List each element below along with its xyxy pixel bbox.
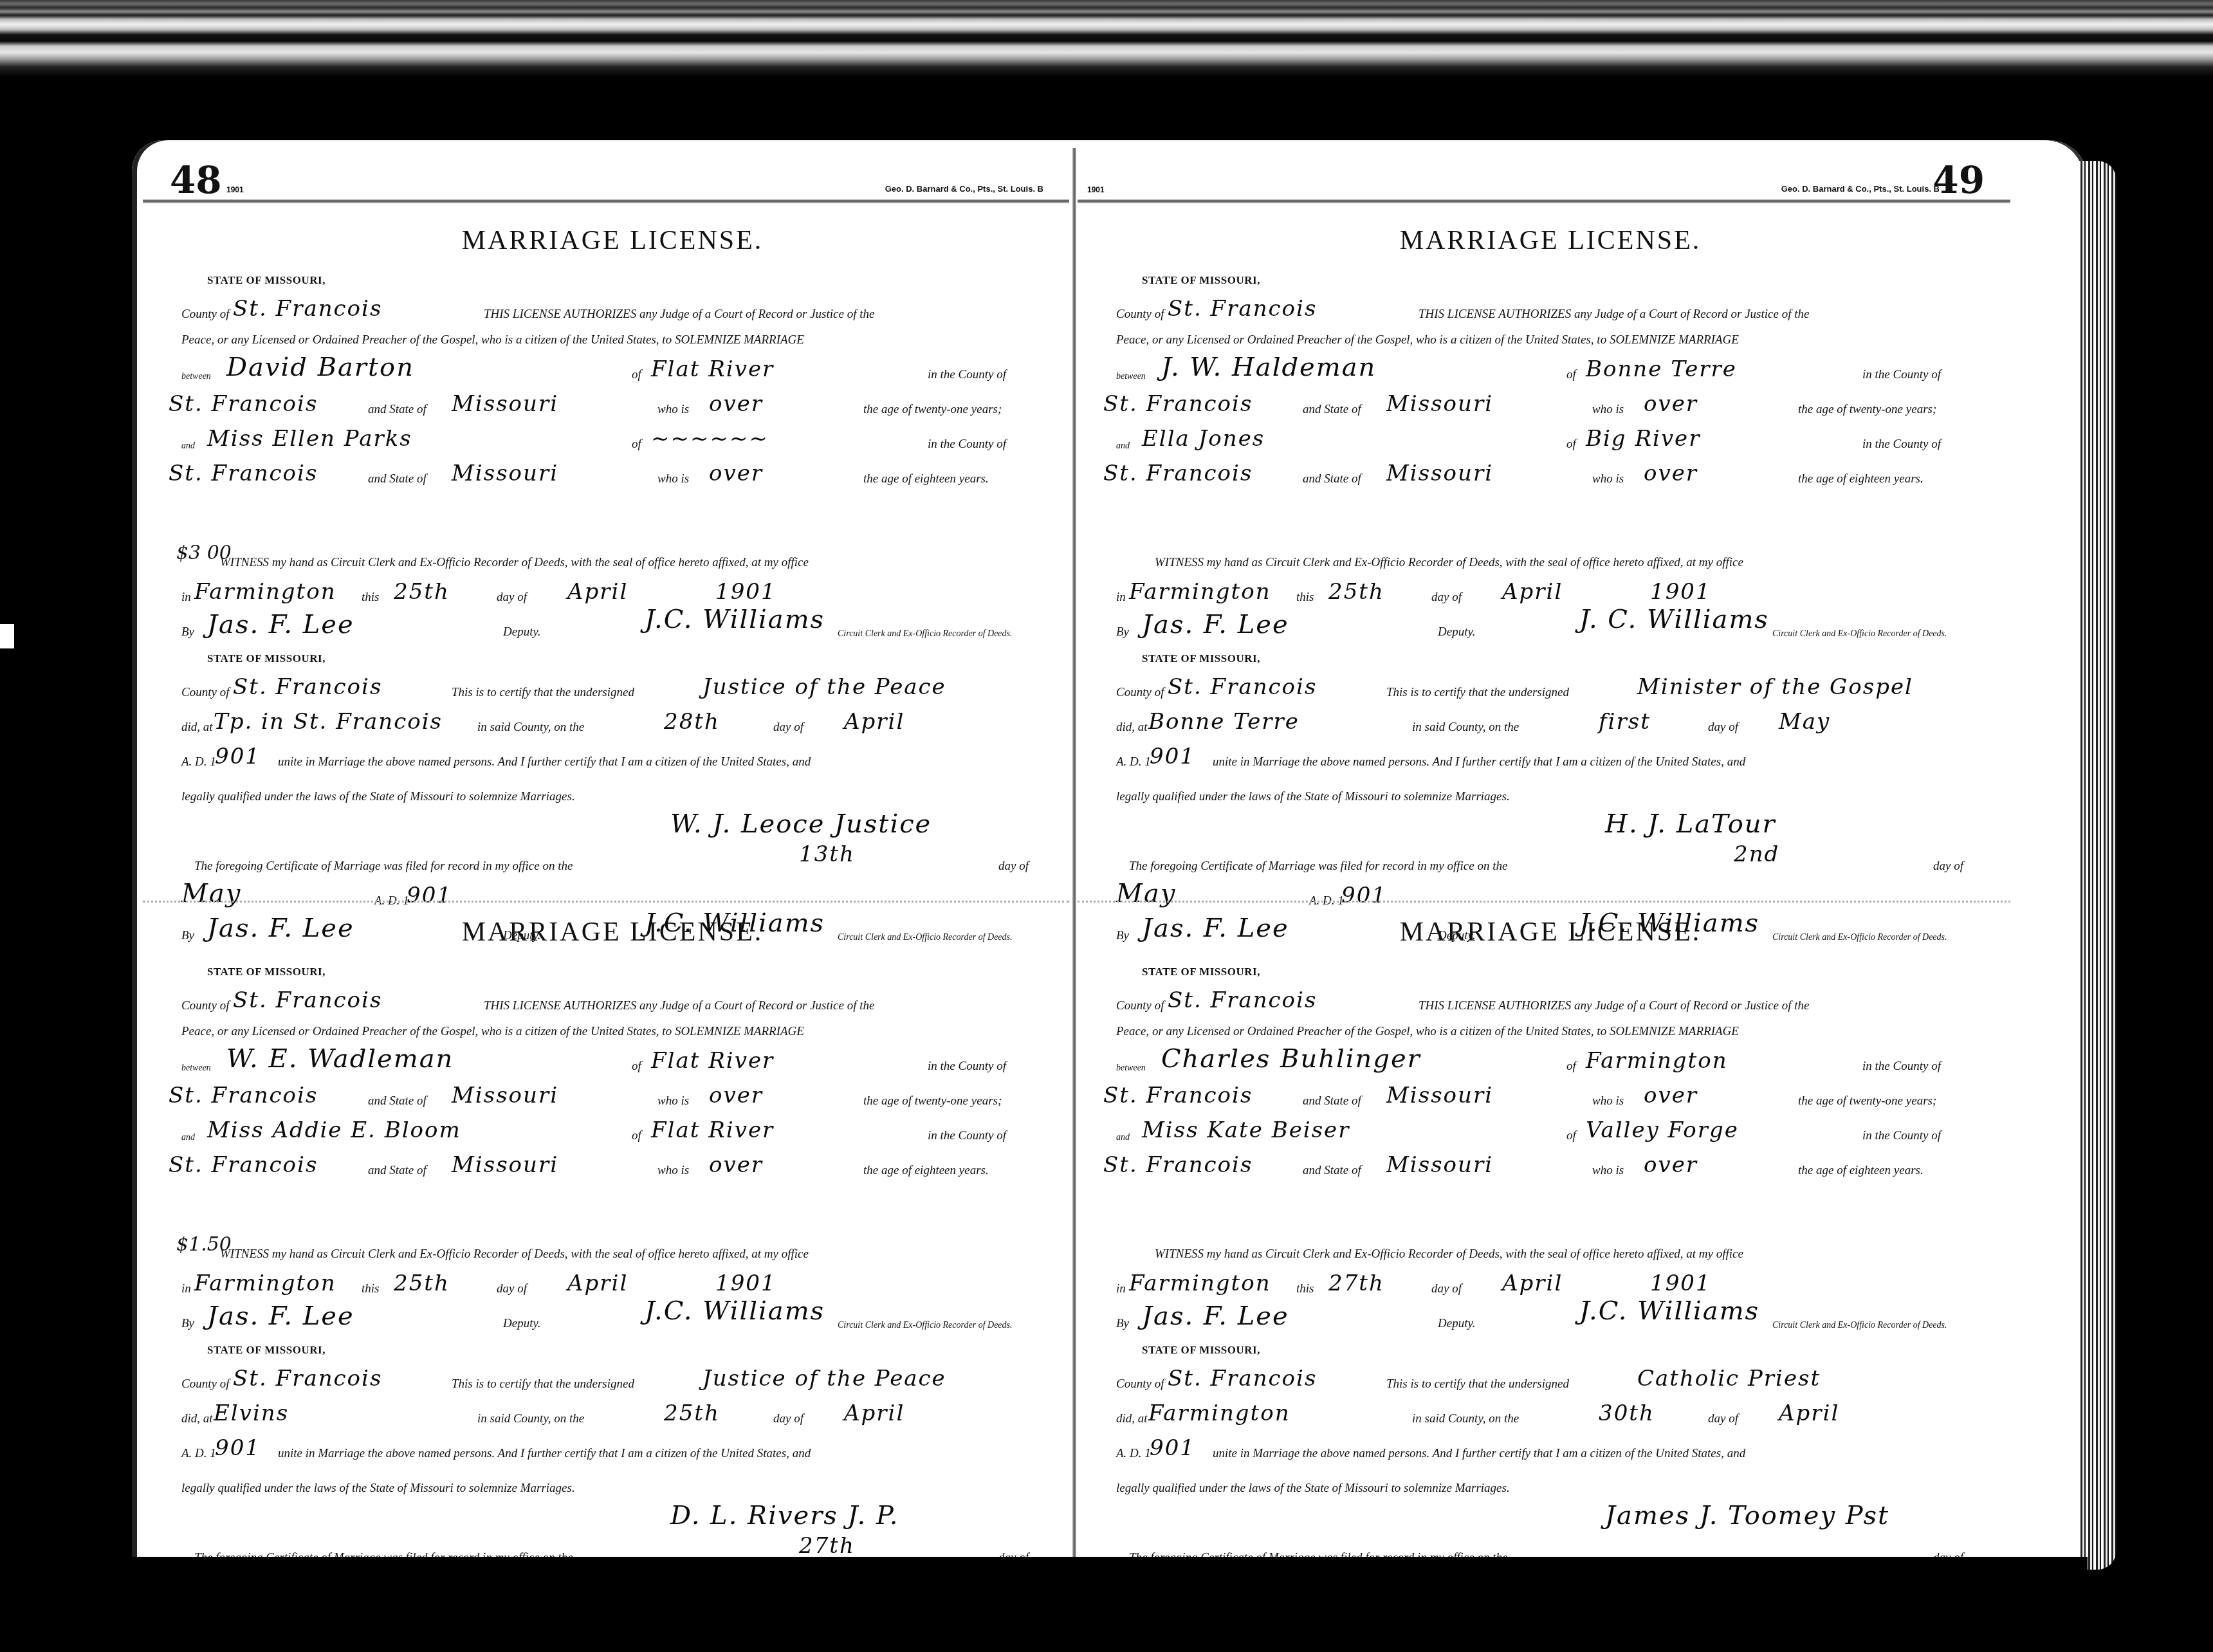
- groom-state: Missouri: [452, 1083, 558, 1108]
- groom-state: Missouri: [452, 391, 558, 417]
- license-title: MARRIAGE LICENSE.: [181, 225, 1043, 256]
- between-label: between: [1116, 372, 1146, 382]
- header-rule: [143, 199, 1069, 203]
- year-mark: 1901: [226, 185, 244, 194]
- groom-residence: Flat River: [651, 1048, 774, 1074]
- cert-county: St. Francois: [233, 1366, 382, 1391]
- unite-text: unite in Marriage the above named person…: [278, 1447, 811, 1461]
- state-label: STATE OF MISSOURI,: [207, 966, 326, 978]
- clerk-signature: J.C. Williams: [645, 1296, 825, 1326]
- county-of-label: in the County of: [928, 1060, 1006, 1074]
- of-label: of: [1566, 1060, 1576, 1074]
- this-label: this: [1296, 1282, 1314, 1296]
- cert-county: St. Francois: [1168, 674, 1317, 700]
- day-of-label: day of: [1708, 720, 1738, 735]
- said-county-label: in said County, on the: [477, 1412, 584, 1426]
- state-label: STATE OF MISSOURI,: [1142, 274, 1260, 287]
- county-label: County of: [1116, 686, 1164, 700]
- who-is-label: who is: [657, 472, 689, 486]
- county-label: County of: [181, 686, 229, 700]
- book-gutter: [1072, 148, 1076, 1576]
- legally-text: legally qualified under the laws of the …: [181, 790, 575, 804]
- certify-text: This is to certify that the undersigned: [452, 1377, 634, 1391]
- clerk-signature: J. C. Williams: [1579, 605, 1769, 634]
- authorizes-text: THIS LICENSE AUTHORIZES any Judge of a C…: [484, 307, 874, 322]
- foregoing-text: The foregoing Certificate of Marriage wa…: [1129, 859, 1507, 874]
- and-label: and: [181, 441, 195, 452]
- by-label: By: [181, 1317, 194, 1331]
- unite-text: unite in Marriage the above named person…: [278, 755, 811, 769]
- state-of-label: and State of: [368, 403, 427, 417]
- deputy-signature: Jas. F. Lee: [1142, 610, 1289, 639]
- of-label: of: [632, 437, 641, 452]
- clerk-signature: J.C. Williams: [1579, 1296, 1759, 1326]
- groom-age: over: [709, 1083, 763, 1108]
- married-day: 25th: [664, 1400, 720, 1426]
- license-title: MARRIAGE LICENSE.: [1116, 225, 1985, 256]
- bride-age: over: [709, 461, 763, 486]
- married-year: 901: [1150, 744, 1195, 769]
- day-of-label: day of: [1431, 591, 1462, 605]
- issued-month: April: [567, 579, 628, 605]
- deputy-signature: Jas. F. Lee: [1142, 1301, 1289, 1331]
- issued-year: 1901: [715, 1271, 776, 1296]
- state-label: STATE OF MISSOURI,: [207, 274, 326, 287]
- scanner-edge-mark: [0, 624, 14, 648]
- deputy-signature: Jas. F. Lee: [207, 610, 354, 639]
- by-label: By: [1116, 1317, 1129, 1331]
- certify-text: This is to certify that the undersigned: [452, 686, 634, 700]
- and-label: and: [1116, 1133, 1130, 1143]
- peace-text: Peace, or any Licensed or Ordained Preac…: [181, 333, 804, 347]
- age-21-label: the age of twenty-one years;: [1798, 403, 1936, 417]
- state-label: STATE OF MISSOURI,: [1142, 652, 1260, 665]
- authorizes-text: THIS LICENSE AUTHORIZES any Judge of a C…: [484, 999, 874, 1013]
- license-record: MARRIAGE LICENSE. STATE OF MISSOURI, Cou…: [143, 901, 1069, 1576]
- bride-age: over: [709, 1152, 763, 1178]
- bride-county: St. Francois: [169, 1152, 318, 1178]
- issued-day: 27th: [1328, 1271, 1384, 1296]
- clerk-signature: J.C. Williams: [645, 605, 825, 634]
- married-year: 901: [215, 1435, 261, 1461]
- bride-residence: Valley Forge: [1586, 1117, 1739, 1143]
- day-of-label: day of: [1933, 859, 1963, 874]
- in-label: in: [181, 591, 191, 605]
- groom-age: over: [709, 391, 763, 417]
- bride-age: over: [1644, 1152, 1698, 1178]
- bride-name: Miss Ellen Parks: [207, 426, 412, 452]
- county-of-label: in the County of: [1862, 368, 1941, 382]
- clerk-title: Circuit Clerk and Ex-Officio Recorder of…: [1772, 629, 1947, 639]
- married-day: 30th: [1599, 1400, 1655, 1426]
- clerk-title: Circuit Clerk and Ex-Officio Recorder of…: [838, 629, 1013, 639]
- age-21-label: the age of twenty-one years;: [1798, 1094, 1936, 1108]
- county-of-label: in the County of: [1862, 1129, 1941, 1143]
- did-at-label: did, at: [181, 720, 213, 735]
- day-of-label: day of: [497, 1282, 527, 1296]
- page-edges: [2078, 161, 2117, 1570]
- officiant-title: Justice of the Peace: [702, 674, 946, 700]
- married-at: Elvins: [214, 1400, 289, 1426]
- county-label: County of: [1116, 1377, 1164, 1391]
- married-day: first: [1599, 709, 1651, 735]
- said-county-label: in said County, on the: [477, 720, 584, 735]
- issued-month: April: [1502, 579, 1563, 605]
- officiant-signature: James J. Toomey Pst: [1605, 1501, 1889, 1530]
- groom-residence: Flat River: [651, 356, 774, 382]
- day-of-label: day of: [1708, 1412, 1738, 1426]
- groom-name: W. E. Wadleman: [226, 1044, 454, 1074]
- deputy-label: Deputy.: [503, 625, 541, 639]
- bride-age: over: [1644, 461, 1698, 486]
- peace-text: Peace, or any Licensed or Ordained Preac…: [181, 1025, 804, 1039]
- county-label: County of: [1116, 307, 1164, 322]
- peace-text: Peace, or any Licensed or Ordained Preac…: [1116, 333, 1739, 347]
- cert-county: St. Francois: [233, 674, 382, 700]
- and-label: and: [181, 1133, 195, 1143]
- state-of-label: and State of: [1303, 472, 1361, 486]
- issued-day: 25th: [1328, 579, 1384, 605]
- page-number: 48: [170, 158, 222, 202]
- groom-county: St. Francois: [1103, 391, 1253, 417]
- who-is-label: who is: [1592, 472, 1624, 486]
- ad-label: A. D. 1: [181, 1447, 216, 1461]
- by-label: By: [1116, 625, 1129, 639]
- witness-text: WITNESS my hand as Circuit Clerk and Ex-…: [220, 1247, 809, 1262]
- unite-text: unite in Marriage the above named person…: [1213, 1447, 1745, 1461]
- said-county-label: in said County, on the: [1412, 720, 1519, 735]
- day-of-label: day of: [998, 859, 1029, 874]
- this-label: this: [362, 591, 379, 605]
- county-label: County of: [1116, 999, 1164, 1013]
- state-label: STATE OF MISSOURI,: [207, 1344, 326, 1357]
- clerk-title: Circuit Clerk and Ex-Officio Recorder of…: [838, 1321, 1013, 1331]
- year-mark: 1901: [1087, 185, 1105, 194]
- license-record: MARRIAGE LICENSE. STATE OF MISSOURI, Cou…: [143, 225, 1069, 901]
- county-value: St. Francois: [1168, 296, 1317, 322]
- bride-county: St. Francois: [1103, 1152, 1253, 1178]
- officiant-signature: H. J. LaTour: [1605, 809, 1776, 839]
- witness-text: WITNESS my hand as Circuit Clerk and Ex-…: [1155, 556, 1743, 570]
- groom-name: J. W. Haldeman: [1161, 353, 1376, 382]
- issued-year: 1901: [1650, 579, 1711, 605]
- county-label: County of: [181, 307, 229, 322]
- county-label: County of: [181, 1377, 229, 1391]
- issued-month: April: [567, 1271, 628, 1296]
- filed-day: 27th: [799, 1533, 855, 1559]
- groom-state: Missouri: [1386, 1083, 1493, 1108]
- legally-text: legally qualified under the laws of the …: [1116, 790, 1510, 804]
- issued-in: Farmington: [1129, 1271, 1271, 1296]
- ad-label: A. D. 1: [181, 755, 216, 769]
- legally-text: legally qualified under the laws of the …: [1116, 1482, 1510, 1496]
- state-label: STATE OF MISSOURI,: [1142, 1344, 1260, 1357]
- county-value: St. Francois: [1168, 987, 1317, 1013]
- bride-state: Missouri: [452, 1152, 558, 1178]
- between-label: between: [1116, 1063, 1146, 1074]
- bride-state: Missouri: [452, 461, 558, 486]
- groom-age: over: [1644, 1083, 1698, 1108]
- deputy-label: Deputy.: [503, 1317, 541, 1331]
- issued-day: 25th: [394, 1271, 450, 1296]
- foregoing-text: The foregoing Certificate of Marriage wa…: [194, 859, 573, 874]
- age-18-label: the age of eighteen years.: [1798, 1164, 1924, 1178]
- groom-county: St. Francois: [169, 1083, 318, 1108]
- officiant-title: Minister of the Gospel: [1637, 674, 1913, 700]
- age-21-label: the age of twenty-one years;: [863, 1094, 1002, 1108]
- authorizes-text: THIS LICENSE AUTHORIZES any Judge of a C…: [1419, 307, 1809, 322]
- of-label: of: [1566, 368, 1576, 382]
- issued-in: Farmington: [194, 1271, 336, 1296]
- clerk-title: Circuit Clerk and Ex-Officio Recorder of…: [1772, 1321, 1947, 1331]
- and-label: and: [1116, 441, 1130, 452]
- groom-residence: Farmington: [1586, 1048, 1728, 1074]
- age-18-label: the age of eighteen years.: [863, 1164, 989, 1178]
- county-value: St. Francois: [233, 296, 382, 322]
- of-label: of: [632, 368, 641, 382]
- issued-month: April: [1502, 1271, 1563, 1296]
- officiant-signature: W. J. Leoce Justice: [670, 809, 932, 839]
- married-at: Tp. in St. Francois: [214, 709, 443, 735]
- county-of-label: in the County of: [928, 368, 1006, 382]
- bride-name: Miss Addie E. Bloom: [207, 1117, 461, 1143]
- officiant-signature: D. L. Rivers J. P.: [670, 1501, 899, 1530]
- right-page: 1901 Geo. D. Barnard & Co., Pts., St. Lo…: [1078, 140, 2010, 1556]
- scanner-streak-band: [0, 0, 2213, 77]
- bride-residence: Flat River: [651, 1117, 774, 1143]
- authorizes-text: THIS LICENSE AUTHORIZES any Judge of a C…: [1419, 999, 1809, 1013]
- county-of-label: in the County of: [1862, 437, 1941, 452]
- page-header: 1901 Geo. D. Barnard & Co., Pts., St. Lo…: [1078, 140, 2010, 211]
- of-label: of: [632, 1060, 641, 1074]
- groom-age: over: [1644, 391, 1698, 417]
- age-18-label: the age of eighteen years.: [863, 472, 989, 486]
- county-of-label: in the County of: [928, 1129, 1006, 1143]
- married-at: Farmington: [1148, 1400, 1290, 1426]
- groom-residence: Bonne Terre: [1586, 356, 1737, 382]
- state-of-label: and State of: [1303, 1094, 1361, 1108]
- state-of-label: and State of: [1303, 403, 1361, 417]
- did-at-label: did, at: [181, 1412, 213, 1426]
- day-of-label: day of: [773, 720, 803, 735]
- filed-day: 2nd: [1734, 841, 1779, 867]
- said-county-label: in said County, on the: [1412, 1412, 1519, 1426]
- in-label: in: [1116, 1282, 1126, 1296]
- unite-text: unite in Marriage the above named person…: [1213, 755, 1745, 769]
- witness-text: WITNESS my hand as Circuit Clerk and Ex-…: [1155, 1247, 1743, 1262]
- officiant-title: Catholic Priest: [1637, 1366, 1821, 1391]
- issued-year: 1901: [1650, 1271, 1711, 1296]
- issued-day: 25th: [394, 579, 450, 605]
- issued-in: Farmington: [1129, 579, 1271, 605]
- of-label: of: [1566, 1129, 1576, 1143]
- married-at: Bonne Terre: [1148, 709, 1299, 735]
- publisher-imprint: Geo. D. Barnard & Co., Pts., St. Louis. …: [1781, 184, 1940, 194]
- in-label: in: [181, 1282, 191, 1296]
- license-record: MARRIAGE LICENSE. STATE OF MISSOURI, Cou…: [1078, 225, 2010, 901]
- ad-label: A. D. 1: [1116, 755, 1151, 769]
- county-of-label: in the County of: [928, 437, 1006, 452]
- book-bottom-shadow: [132, 1557, 2088, 1652]
- day-of-label: day of: [1431, 1282, 1462, 1296]
- bride-state: Missouri: [1386, 1152, 1493, 1178]
- groom-name: David Barton: [226, 353, 414, 382]
- state-of-label: and State of: [1303, 1164, 1361, 1178]
- state-label: STATE OF MISSOURI,: [1142, 966, 1260, 978]
- page-header: 48 1901 Geo. D. Barnard & Co., Pts., St.…: [143, 140, 1069, 211]
- bride-state: Missouri: [1386, 461, 1493, 486]
- peace-text: Peace, or any Licensed or Ordained Preac…: [1116, 1025, 1739, 1039]
- deputy-label: Deputy.: [1438, 625, 1476, 639]
- state-of-label: and State of: [368, 472, 427, 486]
- county-value: St. Francois: [233, 987, 382, 1013]
- who-is-label: who is: [657, 403, 689, 417]
- age-18-label: the age of eighteen years.: [1798, 472, 1924, 486]
- bride-county: St. Francois: [169, 461, 318, 486]
- deputy-label: Deputy.: [1438, 1317, 1476, 1331]
- license-record: MARRIAGE LICENSE. STATE OF MISSOURI, Cou…: [1078, 901, 2010, 1576]
- married-month: April: [844, 709, 904, 735]
- day-of-label: day of: [773, 1412, 803, 1426]
- state-label: STATE OF MISSOURI,: [207, 652, 326, 665]
- groom-county: St. Francois: [169, 391, 318, 417]
- groom-state: Missouri: [1386, 391, 1493, 417]
- married-month: April: [844, 1400, 904, 1426]
- issued-in: Farmington: [194, 579, 336, 605]
- this-label: this: [1296, 591, 1314, 605]
- groom-name: Charles Buhlinger: [1161, 1044, 1421, 1074]
- county-of-label: in the County of: [1862, 1060, 1941, 1074]
- who-is-label: who is: [1592, 1164, 1624, 1178]
- day-of-label: day of: [497, 591, 527, 605]
- issued-year: 1901: [715, 579, 776, 605]
- of-label: of: [632, 1129, 641, 1143]
- between-label: between: [181, 1063, 211, 1074]
- legally-text: legally qualified under the laws of the …: [181, 1482, 575, 1496]
- of-label: of: [1566, 437, 1576, 452]
- bride-residence: ~~~~~~: [651, 426, 769, 452]
- bride-county: St. Francois: [1103, 461, 1253, 486]
- left-page: 48 1901 Geo. D. Barnard & Co., Pts., St.…: [143, 140, 1069, 1556]
- state-of-label: and State of: [368, 1164, 427, 1178]
- header-rule: [1078, 199, 2010, 203]
- deputy-signature: Jas. F. Lee: [207, 1301, 354, 1331]
- in-label: in: [1116, 591, 1126, 605]
- who-is-label: who is: [657, 1094, 689, 1108]
- bride-residence: Big River: [1586, 426, 1701, 452]
- did-at-label: did, at: [1116, 720, 1148, 735]
- cert-county: St. Francois: [1168, 1366, 1317, 1391]
- age-21-label: the age of twenty-one years;: [863, 403, 1002, 417]
- publisher-imprint: Geo. D. Barnard & Co., Pts., St. Louis. …: [885, 184, 1043, 194]
- license-title: MARRIAGE LICENSE.: [181, 917, 1043, 948]
- license-title: MARRIAGE LICENSE.: [1116, 917, 1985, 948]
- between-label: between: [181, 372, 211, 382]
- who-is-label: who is: [1592, 1094, 1624, 1108]
- who-is-label: who is: [657, 1164, 689, 1178]
- by-label: By: [181, 625, 194, 639]
- state-of-label: and State of: [368, 1094, 427, 1108]
- did-at-label: did, at: [1116, 1412, 1148, 1426]
- witness-text: WITNESS my hand as Circuit Clerk and Ex-…: [220, 556, 809, 570]
- filed-day: 13th: [799, 841, 855, 867]
- certify-text: This is to certify that the undersigned: [1386, 686, 1569, 700]
- ad-label: A. D. 1: [1116, 1447, 1151, 1461]
- this-label: this: [362, 1282, 379, 1296]
- who-is-label: who is: [1592, 403, 1624, 417]
- officiant-title: Justice of the Peace: [702, 1366, 946, 1391]
- groom-county: St. Francois: [1103, 1083, 1253, 1108]
- bride-name: Ella Jones: [1142, 426, 1265, 452]
- married-month: May: [1779, 709, 1830, 735]
- county-label: County of: [181, 999, 229, 1013]
- page-number: 49: [1933, 158, 1985, 202]
- married-year: 901: [215, 744, 261, 769]
- married-year: 901: [1150, 1435, 1195, 1461]
- bride-name: Miss Kate Beiser: [1142, 1117, 1350, 1143]
- married-month: April: [1779, 1400, 1839, 1426]
- married-day: 28th: [664, 709, 720, 735]
- certify-text: This is to certify that the undersigned: [1386, 1377, 1569, 1391]
